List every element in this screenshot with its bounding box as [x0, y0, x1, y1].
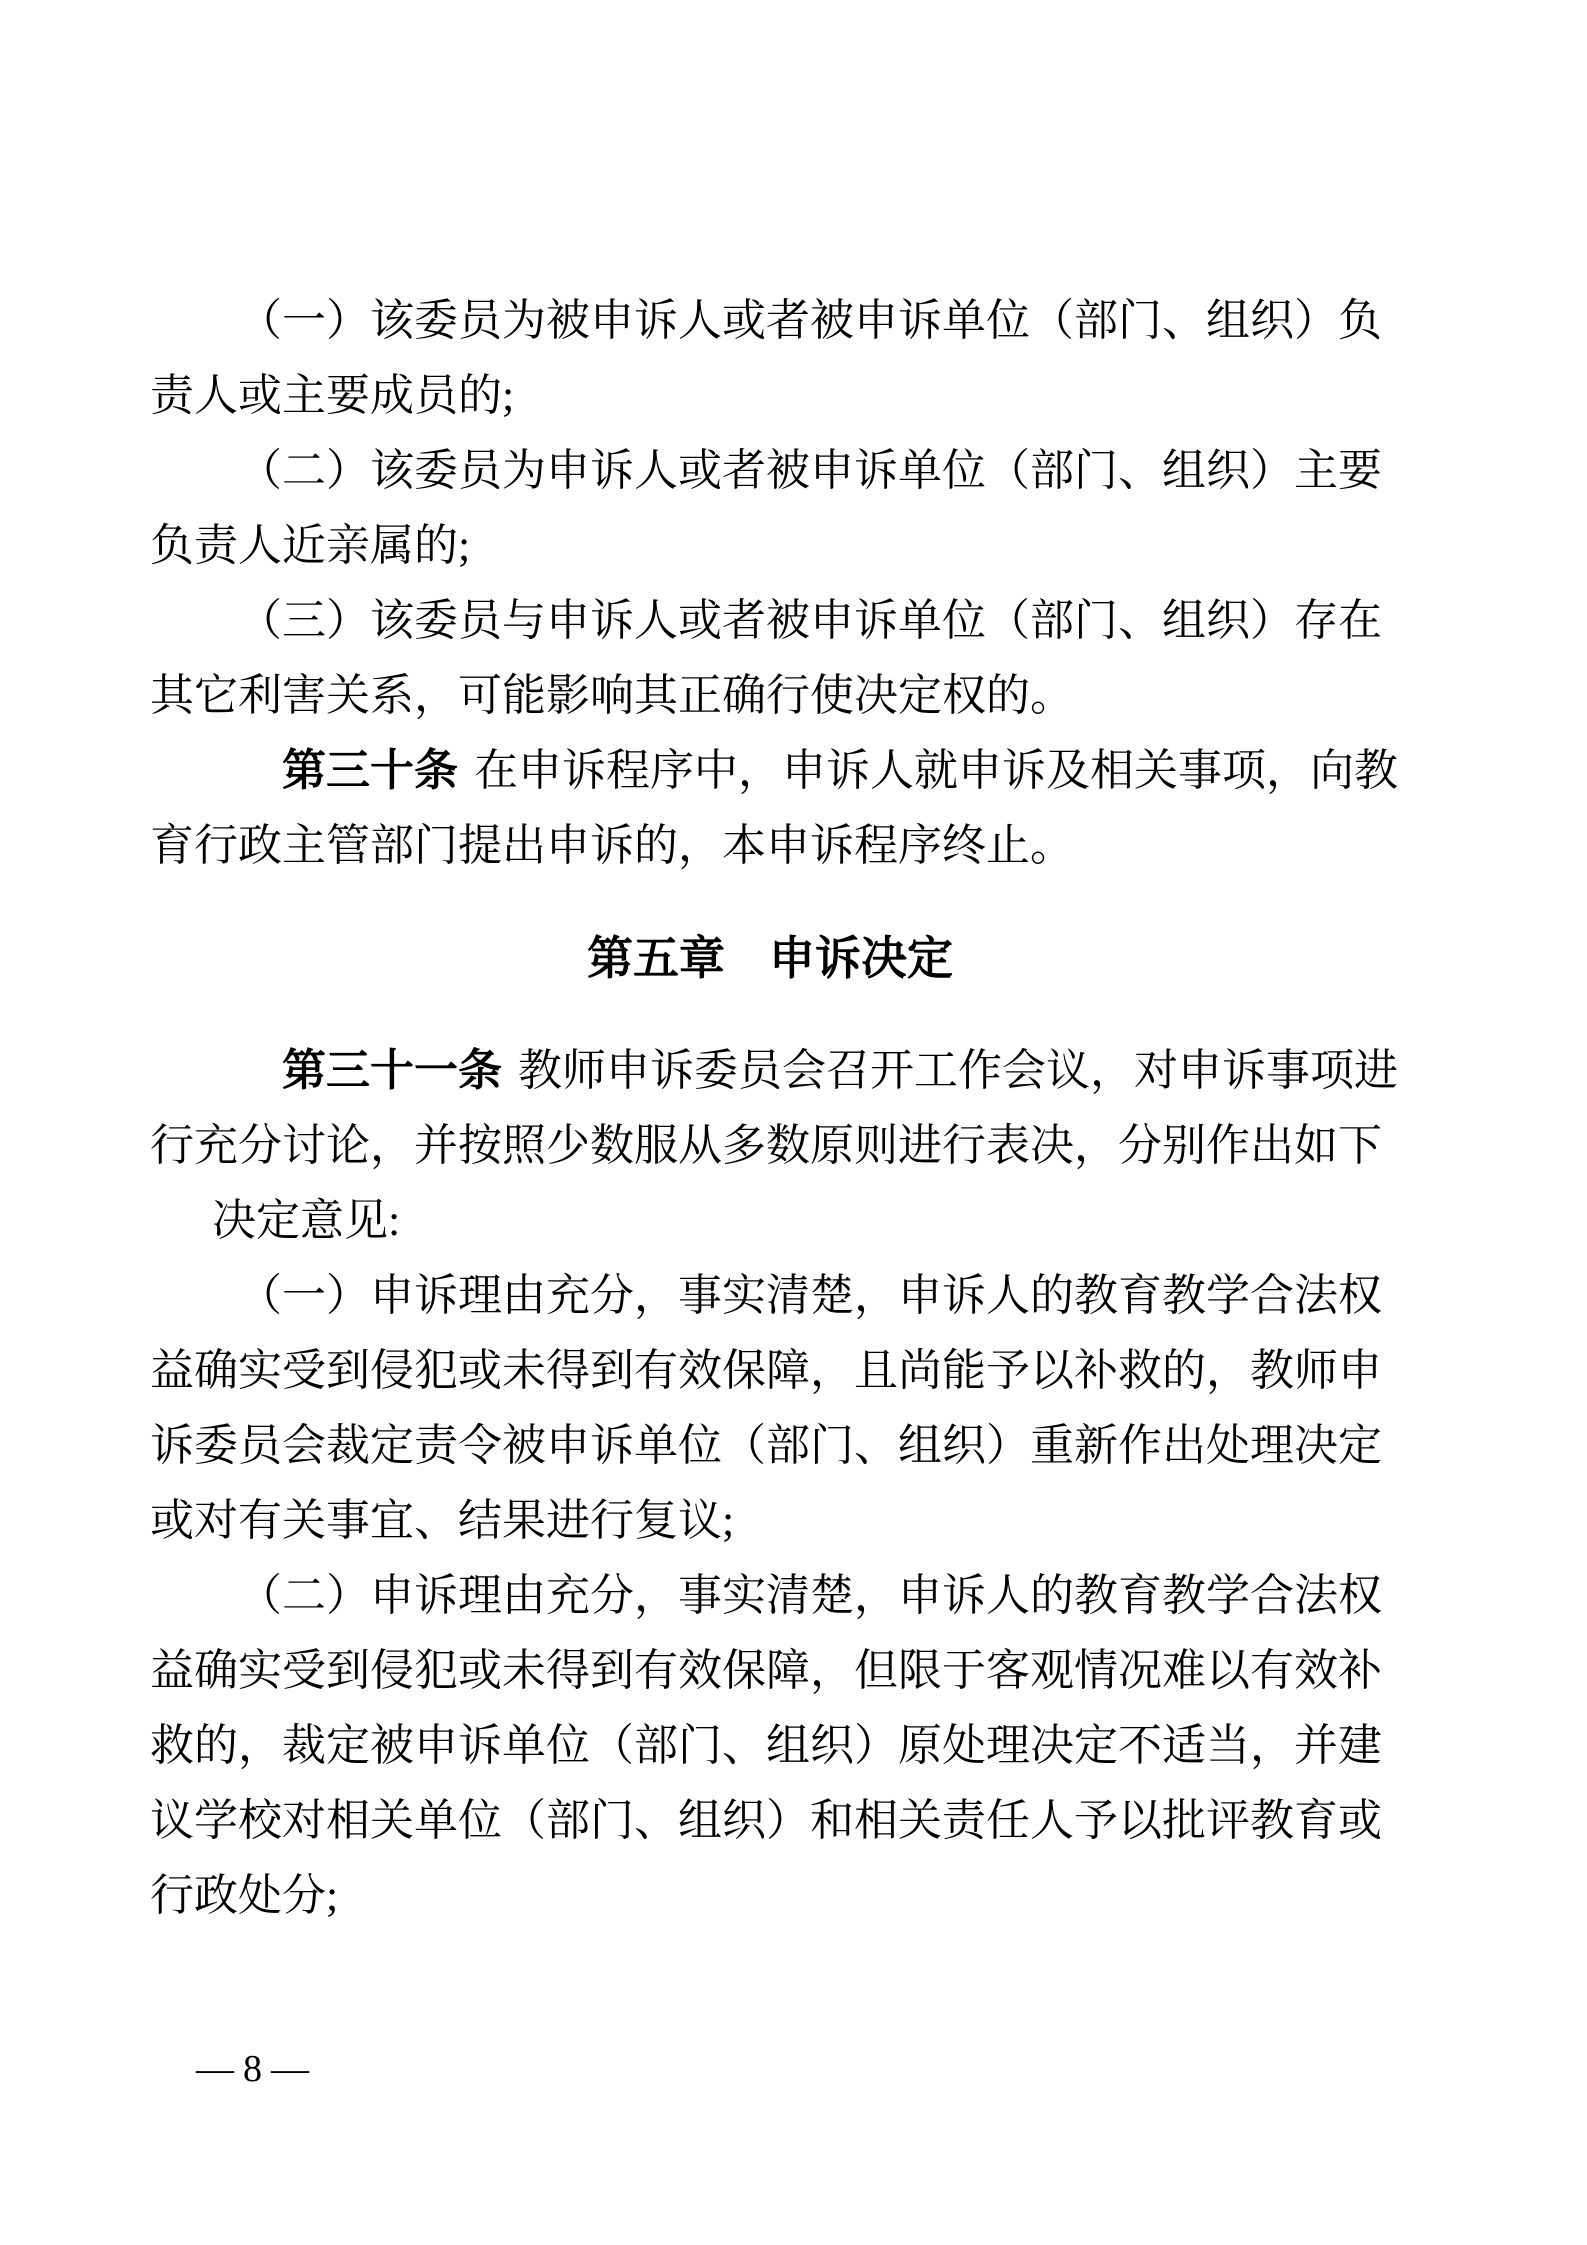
body-line: （一）申诉理由充分，事实清楚，申诉人的教育教学合法权 — [150, 1258, 1390, 1333]
body-line: 决定意见: — [150, 1183, 1390, 1258]
body-line: 育行政主管部门提出申诉的，本申诉程序终止。 — [150, 808, 1390, 883]
article-number: 第三十一条 — [282, 1046, 502, 1095]
body-line: 第三十条在申诉程序中，申诉人就申诉及相关事项，向教 — [150, 733, 1390, 808]
text-block: （一）该委员为被申诉人或者被申诉单位（部门、组织）负 责人或主要成员的; （二）… — [150, 283, 1390, 1933]
article-number: 第三十条 — [282, 746, 458, 795]
page-number: 8 — [243, 2046, 262, 2092]
document-page: （一）该委员为被申诉人或者被申诉单位（部门、组织）负 责人或主要成员的; （二）… — [0, 0, 1587, 2245]
chapter-title: 申诉决定 — [769, 932, 953, 984]
body-line: 或对有关事宜、结果进行复议; — [150, 1483, 1390, 1558]
footer-dash-left: — — [196, 2046, 234, 2092]
body-line: （一）该委员为被申诉人或者被申诉单位（部门、组织）负 — [150, 283, 1390, 358]
body-line-text: 在申诉程序中，申诉人就申诉及相关事项，向教 — [474, 746, 1398, 795]
page-footer: — 8 — — [196, 2046, 309, 2092]
body-line: （二）申诉理由充分，事实清楚，申诉人的教育教学合法权 — [150, 1558, 1390, 1633]
body-line: （二）该委员为申诉人或者被申诉单位（部门、组织）主要 — [150, 433, 1390, 508]
body-line-text: 教师申诉委员会召开工作会议，对申诉事项进 — [518, 1046, 1398, 1095]
body-line: 其它利害关系，可能影响其正确行使决定权的。 — [150, 658, 1390, 733]
footer-dash-right: — — [271, 2046, 309, 2092]
body-line: 责人或主要成员的; — [150, 358, 1390, 433]
body-line: 行充分讨论，并按照少数服从多数原则进行表决，分别作出如下 — [150, 1108, 1390, 1183]
chapter-number: 第五章 — [587, 932, 725, 984]
body-line: 诉委员会裁定责令被申诉单位（部门、组织）重新作出处理决定 — [150, 1408, 1390, 1483]
body-line: 救的，裁定被申诉单位（部门、组织）原处理决定不适当，并建 — [150, 1708, 1390, 1783]
body-line: （三）该委员与申诉人或者被申诉单位（部门、组织）存在 — [150, 583, 1390, 658]
body-line: 负责人近亲属的; — [150, 508, 1390, 583]
chapter-heading: 第五章申诉决定 — [150, 883, 1390, 1033]
body-line: 议学校对相关单位（部门、组织）和相关责任人予以批评教育或 — [150, 1783, 1390, 1858]
body-line: 行政处分; — [150, 1858, 1390, 1933]
body-line: 第三十一条教师申诉委员会召开工作会议，对申诉事项进 — [150, 1033, 1390, 1108]
body-line: 益确实受到侵犯或未得到有效保障，但限于客观情况难以有效补 — [150, 1633, 1390, 1708]
body-line: 益确实受到侵犯或未得到有效保障，且尚能予以补救的，教师申 — [150, 1333, 1390, 1408]
